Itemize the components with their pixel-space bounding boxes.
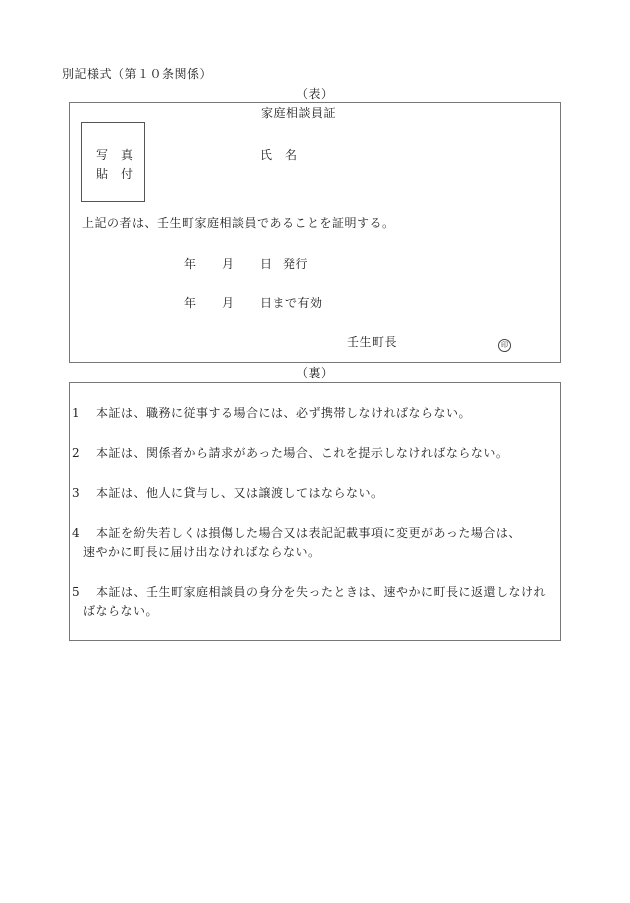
rule-5-text-line2: ばならない。 xyxy=(83,604,158,618)
issue-suffix: 発行 xyxy=(283,257,308,271)
issue-day: 日 xyxy=(260,257,273,271)
issuer: 壬生町長 xyxy=(347,335,397,349)
rule-3-number: 3 xyxy=(72,486,80,500)
rule-4-number: 4 xyxy=(72,526,80,540)
valid-year: 年 xyxy=(184,296,197,310)
certification-text: 上記の者は、壬生町家庭相談員であることを証明する。 xyxy=(82,216,395,230)
back-side-label: （裏） xyxy=(296,366,334,380)
rule-4-text-line2: 速やかに町長に届け出なければならない。 xyxy=(83,545,321,559)
rule-4-text-line1: 本証を紛失若しくは損傷した場合又は表記記載事項に変更があった場合は、 xyxy=(96,526,521,540)
seal-icon: 印 xyxy=(498,336,511,352)
rule-5-number: 5 xyxy=(72,585,80,599)
name-label: 氏 名 xyxy=(260,148,298,162)
form-reference: 別記様式（第１０条関係） xyxy=(62,67,212,81)
photo-box xyxy=(81,122,145,202)
photo-label-line1: 写 真 xyxy=(96,148,134,162)
issue-year: 年 xyxy=(184,257,197,271)
card-title: 家庭相談員証 xyxy=(261,106,336,120)
id-card-back xyxy=(69,382,561,641)
rule-1-number: 1 xyxy=(72,406,80,420)
front-side-label: （表） xyxy=(296,87,334,101)
rule-1-text: 本証は、職務に従事する場合には、必ず携帯しなければならない。 xyxy=(96,406,471,420)
rule-3-text: 本証は、他人に貸与し、又は譲渡してはならない。 xyxy=(96,486,384,500)
rule-2-number: 2 xyxy=(72,446,80,460)
valid-month: 月 xyxy=(222,296,235,310)
photo-label-line2: 貼 付 xyxy=(96,167,134,181)
valid-day-suffix: 日まで有効 xyxy=(260,296,323,310)
rule-5-text-line1: 本証は、壬生町家庭相談員の身分を失ったときは、速やかに町長に返還しなけれ xyxy=(96,585,546,599)
issue-month: 月 xyxy=(222,257,235,271)
rule-2-text: 本証は、関係者から請求があった場合、これを提示しなければならない。 xyxy=(96,446,508,460)
